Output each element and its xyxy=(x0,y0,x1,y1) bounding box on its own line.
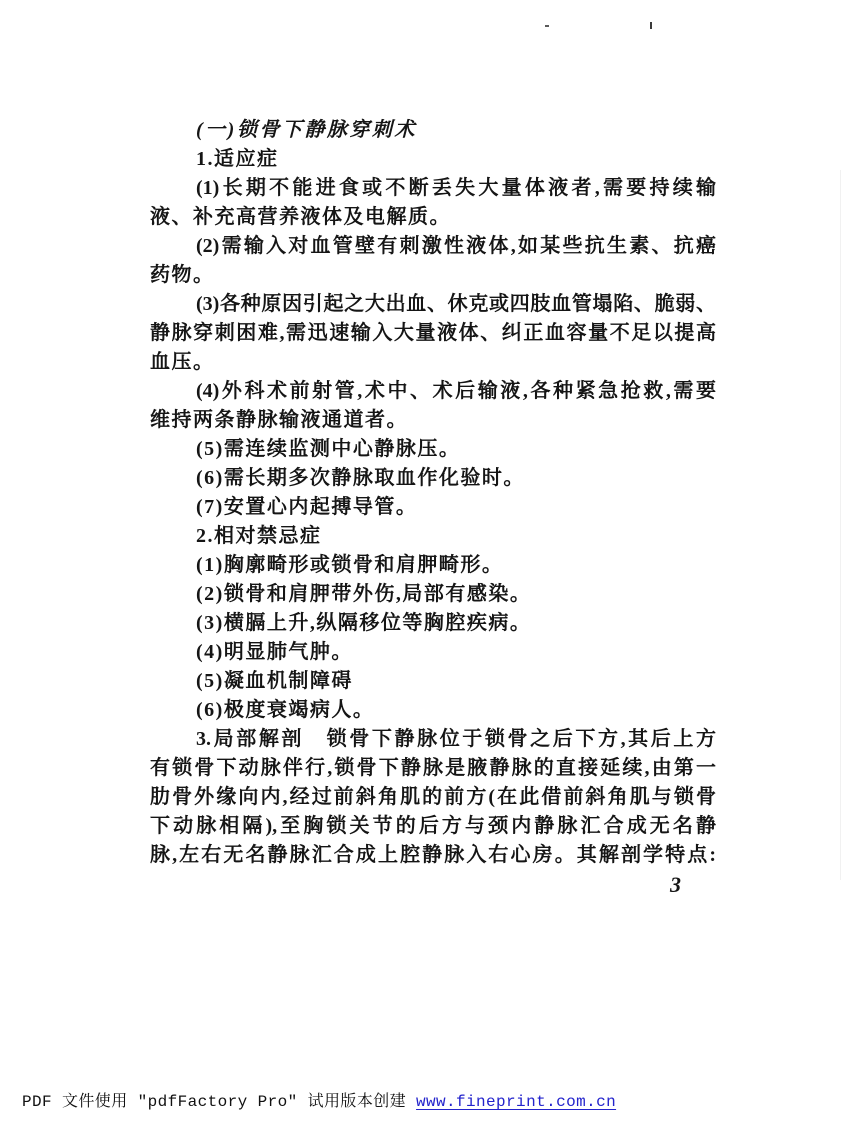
text-line: 脉,左右无名静脉汇合成上腔静脉入右心房。其解剖学特点: xyxy=(150,841,716,870)
text-line: 下动脉相隔),至胸锁关节的后方与颈内静脉汇合成无名静 xyxy=(150,812,716,841)
text-line: (1)长期不能进食或不断丢失大量体液者,需要持续输 xyxy=(150,174,716,203)
text-line: (3)各种原因引起之大出血、休克或四肢血管塌陷、脆弱、 xyxy=(150,290,716,319)
text-line: (6)极度衰竭病人。 xyxy=(150,696,716,725)
text-line: (7)安置心内起搏导管。 xyxy=(150,493,716,522)
text-line: 有锁骨下动脉伴行,锁骨下静脉是腋静脉的直接延续,由第一 xyxy=(150,754,716,783)
text-line: 2.相对禁忌症 xyxy=(150,522,716,551)
scan-artifact-tick xyxy=(650,22,652,29)
text-lines: (一)锁骨下静脉穿刺术1.适应症(1)长期不能进食或不断丢失大量体液者,需要持续… xyxy=(150,116,716,870)
fineprint-link[interactable]: www.fineprint.com.cn xyxy=(416,1093,616,1111)
text-line: 肋骨外缘向内,经过前斜角肌的前方(在此借前斜角肌与锁骨 xyxy=(150,783,716,812)
text-line: 维持两条静脉输液通道者。 xyxy=(150,406,716,435)
text-line: (6)需长期多次静脉取血作化验时。 xyxy=(150,464,716,493)
text-line: (3)横膈上升,纵隔移位等胸腔疾病。 xyxy=(150,609,716,638)
text-line: (2)需输入对血管壁有刺激性液体,如某些抗生素、抗癌 xyxy=(150,232,716,261)
footer-text: PDF 文件使用 ″pdfFactory Pro″ 试用版本创建 xyxy=(22,1093,416,1111)
text-line: 静脉穿刺困难,需迅速输入大量液体、纠正血容量不足以提高 xyxy=(150,319,716,348)
text-line: (4)明显肺气肿。 xyxy=(150,638,716,667)
text-line: (5)凝血机制障碍 xyxy=(150,667,716,696)
text-line: 1.适应症 xyxy=(150,145,716,174)
text-line: (4)外科术前射管,术中、术后输液,各种紧急抢救,需要 xyxy=(150,377,716,406)
footer-watermark: PDF 文件使用 ″pdfFactory Pro″ 试用版本创建 www.fin… xyxy=(22,1088,616,1111)
scan-edge-line xyxy=(840,170,841,880)
text-line: 3.局部解剖 锁骨下静脉位于锁骨之后下方,其后上方 xyxy=(150,725,716,754)
scan-artifact-dash xyxy=(545,25,549,27)
section-heading-line: (一)锁骨下静脉穿刺术 xyxy=(150,116,716,145)
text-line: 药物。 xyxy=(150,261,716,290)
page-number: 3 xyxy=(670,872,681,898)
text-line: 液、补充高营养液体及电解质。 xyxy=(150,203,716,232)
text-line: (5)需连续监测中心静脉压。 xyxy=(150,435,716,464)
text-line: (1)胸廓畸形或锁骨和肩胛畸形。 xyxy=(150,551,716,580)
text-line: (2)锁骨和肩胛带外伤,局部有感染。 xyxy=(150,580,716,609)
text-line: 血压。 xyxy=(150,348,716,377)
